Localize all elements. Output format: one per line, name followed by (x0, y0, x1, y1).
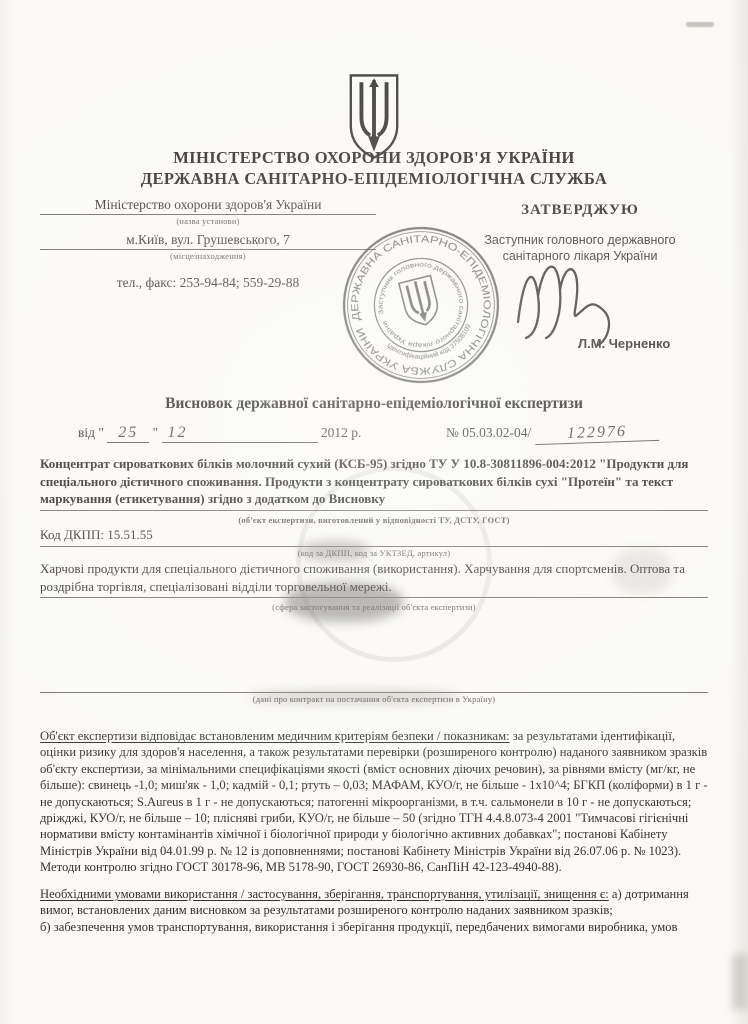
form-rule (40, 546, 708, 547)
approve-label: ЗАТВЕРДЖУЮ (450, 202, 710, 219)
date-prefix: від (78, 425, 95, 440)
scan-mark (686, 22, 714, 27)
quote-open: " (98, 425, 104, 440)
ministry-header: МІНІСТЕРСТВО ОХОРОНИ ЗДОРОВ'Я УКРАЇНИ ДЕ… (0, 147, 748, 189)
stamp-trident-icon (399, 276, 442, 329)
form-rule (40, 597, 708, 598)
scanned-document-page: МІНІСТЕРСТВО ОХОРОНИ ЗДОРОВ'Я УКРАЇНИ ДЕ… (0, 0, 748, 1024)
dkpp-code-caption: (код за ДКПП, код за УКТЗЕД, артикул) (40, 548, 708, 558)
form-rule (40, 692, 708, 693)
form-rule (40, 510, 708, 511)
document-title: Висновок державної санітарно-епідеміолог… (0, 395, 748, 413)
ministry-name: МІНІСТЕРСТВО ОХОРОНИ ЗДОРОВ'Я УКРАЇНИ (0, 147, 748, 168)
conditions-item-b: б) забезпечення умов транспортування, ви… (40, 919, 714, 935)
conditions-lead: Необхідними умовами використання / засто… (40, 887, 609, 901)
org-phone: тел., факс: 253-94-84; 559-29-88 (40, 275, 376, 291)
handwritten-month: 12 (162, 424, 318, 443)
number-label: № 05.03.02-04/ (446, 425, 531, 440)
quote-close: " (153, 425, 159, 440)
scope-caption: (сфера застосування та реалізації об'єкт… (40, 599, 708, 617)
approver-name: Л.М. Черненко (578, 336, 670, 351)
scope-text: Харчові продукти для спеціального дієтич… (40, 560, 708, 595)
handwritten-number: 122976 (534, 422, 659, 445)
document-number: № 05.03.02-04/ 122976 (446, 424, 659, 443)
scope-field: Харчові продукти для спеціального дієтич… (40, 560, 708, 617)
expertise-object-field: Концентрат сироваткових білків молочний … (40, 455, 708, 529)
contract-caption: (дані про контракт на постачання об'єкта… (40, 694, 708, 704)
year-label: 2012 р. (321, 425, 362, 440)
conclusion-body: за результатами ідентифікації, оцінки ри… (40, 729, 708, 874)
conclusion-paragraph: Об'єкт експертизи відповідає встановлени… (40, 728, 714, 876)
org-name-caption: (назва установи) (40, 216, 376, 226)
date-number-row: від " 25 " 12 2012 р. № 05.03.02-04/ 122… (78, 424, 718, 443)
org-name: Міністерство охорони здоров'я України (40, 197, 376, 215)
scan-shadow (732, 954, 748, 1010)
service-name: ДЕРЖАВНА САНІТАРНО-ЕПІДЕМІОЛОГІЧНА СЛУЖБ… (0, 168, 748, 189)
dkpp-code-field: Код ДКПП: 15.51.55 (код за ДКПП, код за … (40, 527, 708, 558)
conditions-paragraph: Необхідними умовами використання / засто… (40, 886, 714, 935)
dkpp-code-text: Код ДКПП: 15.51.55 (40, 527, 708, 543)
expertise-object-text: Концентрат сироваткових білків молочний … (40, 455, 708, 508)
conclusion-lead: Об'єкт експертизи відповідає встановлени… (40, 729, 510, 743)
contract-field: (дані про контракт на постачання об'єкта… (40, 690, 708, 704)
handwritten-day: 25 (107, 424, 149, 443)
organisation-block: Міністерство охорони здоров'я України (н… (40, 197, 376, 291)
